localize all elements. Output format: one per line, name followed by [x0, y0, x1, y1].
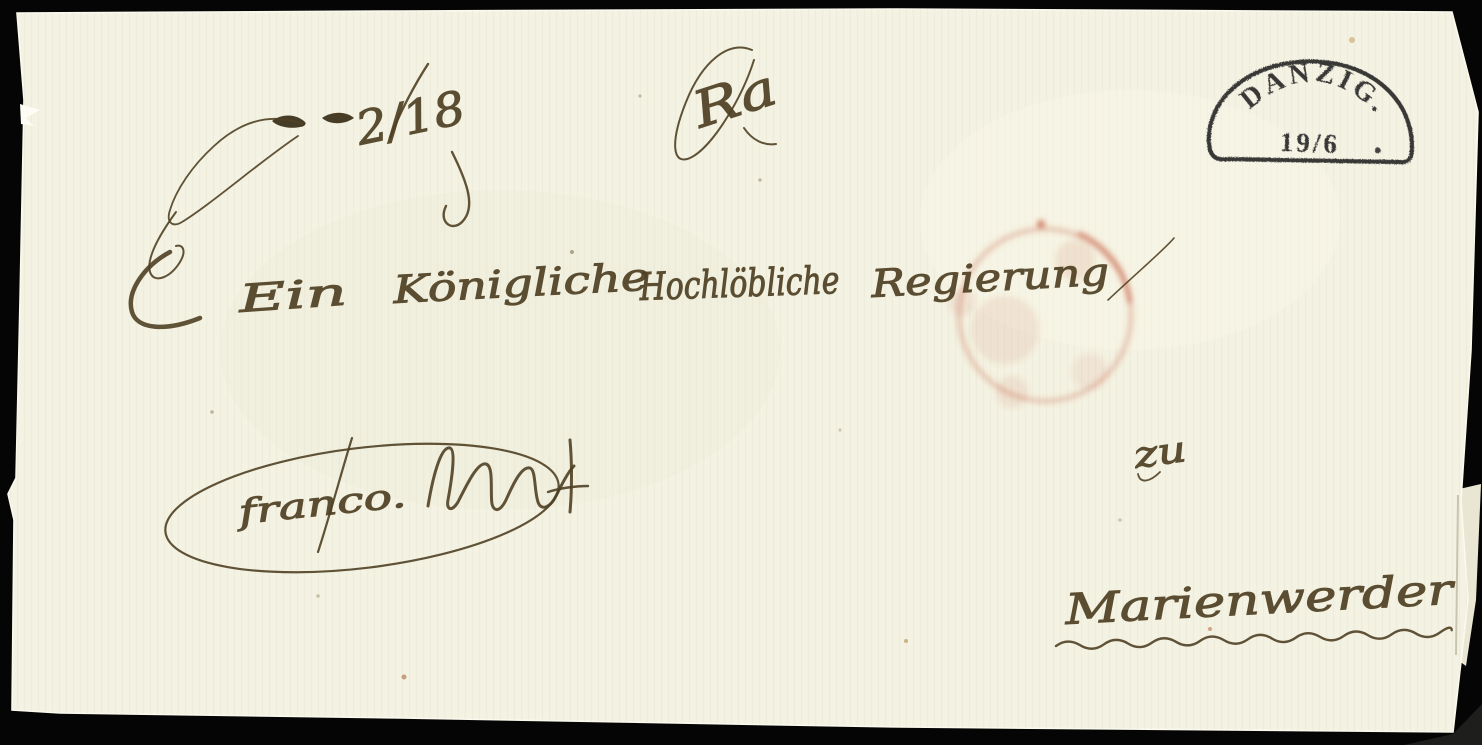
paper-shade: [220, 190, 780, 510]
address-word: Hochlöbliche: [638, 258, 840, 309]
cover-scan-canvas: 2/18 Ra Ein Königliche Hochlöbliche Regi…: [0, 0, 1482, 745]
address-word: Ein: [236, 270, 348, 322]
postmark-date: 19/6: [1279, 127, 1340, 159]
zu-text: zu: [1130, 429, 1188, 477]
postal-cover-scan: 2/18 Ra Ein Königliche Hochlöbliche Regi…: [0, 0, 1482, 745]
